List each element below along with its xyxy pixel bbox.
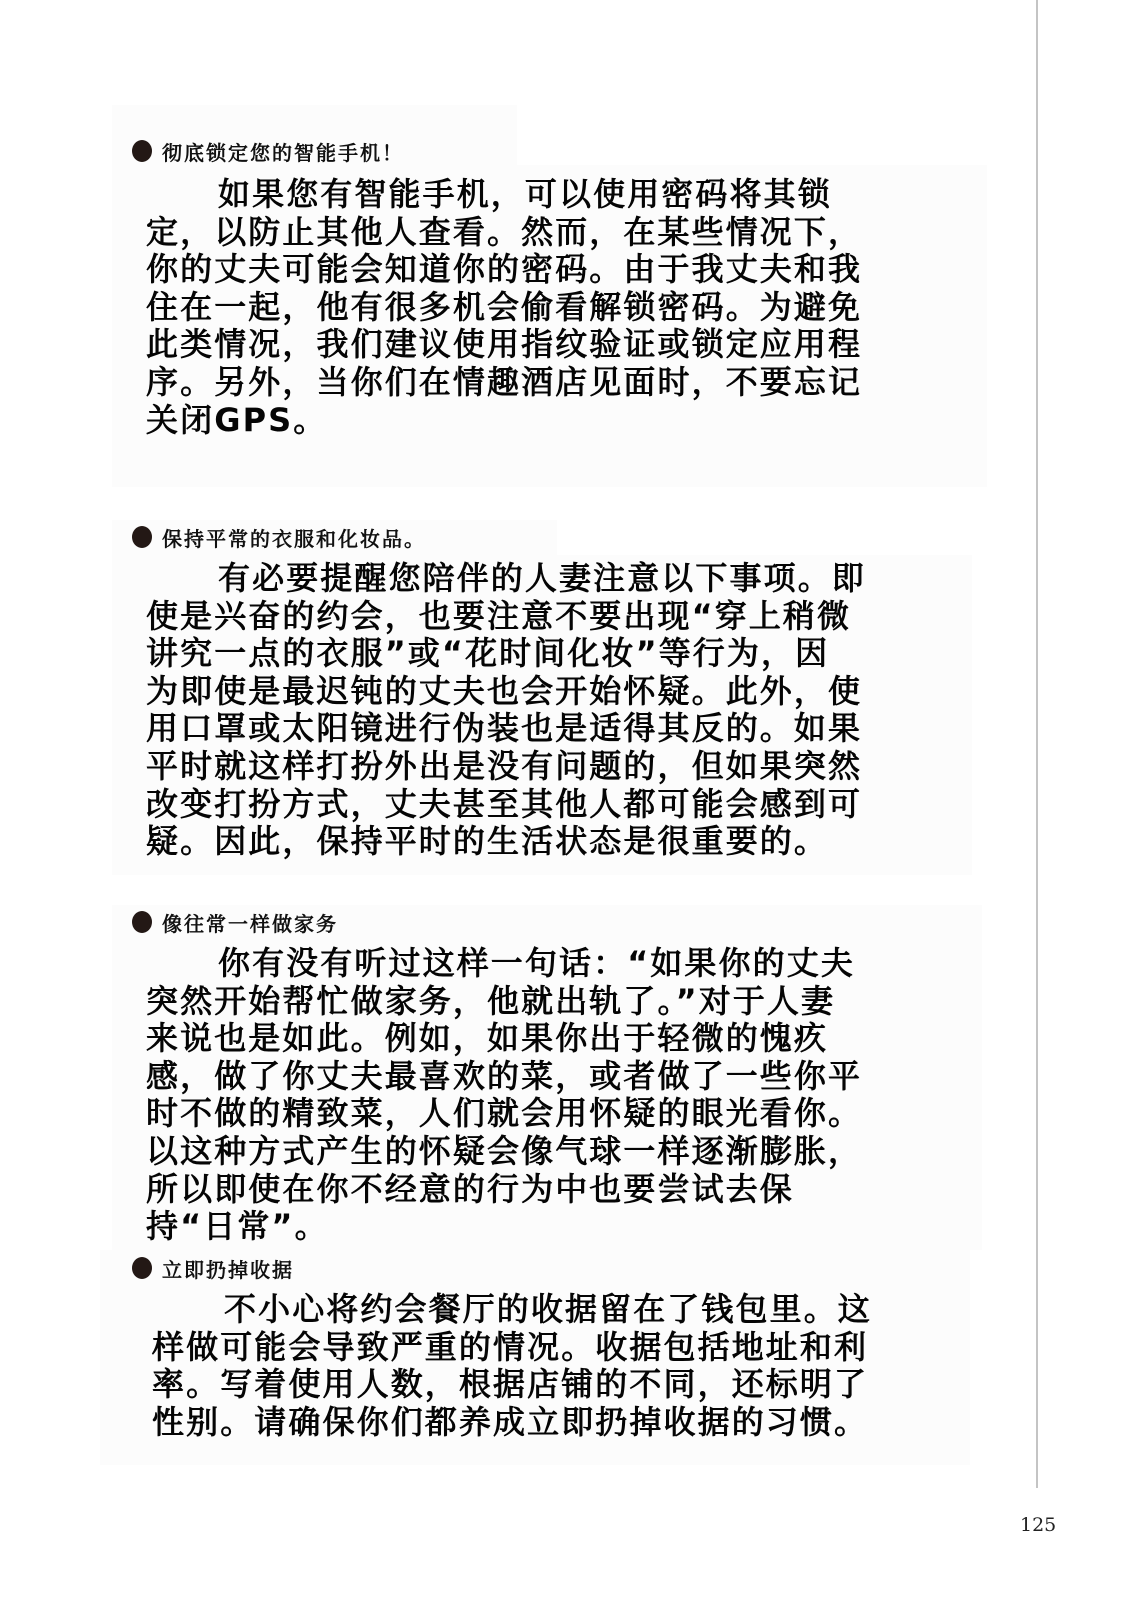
body-line: 使是兴奋的约会，也要注意不要出现“穿上稍微 <box>146 598 962 636</box>
body-line: 持“日常”。 <box>146 1208 962 1246</box>
bullet-icon <box>132 1257 152 1279</box>
section-body: 你有没有听过这样一句话：“如果你的丈夫 突然开始帮忙做家务，他就出轨了。”对于人… <box>146 945 962 1246</box>
body-line: 你的丈夫可能会知道你的密码。由于我丈夫和我 <box>146 251 962 289</box>
body-line: 改变打扮方式，丈夫甚至其他人都可能会感到可 <box>146 786 962 824</box>
section-heading: 像往常一样做家务 <box>132 907 962 937</box>
body-line: 来说也是如此。例如，如果你出于轻微的愧疚 <box>146 1020 962 1058</box>
body-line: 如果您有智能手机，可以使用密码将其锁 <box>146 176 962 214</box>
section-heading: 保持平常的衣服和化妆品。 <box>132 522 962 552</box>
body-line: 不小心将约会餐厅的收据留在了钱包里。这 <box>152 1291 962 1329</box>
section-heading-text: 像往常一样做家务 <box>162 908 338 937</box>
section-heading-text: 保持平常的衣服和化妆品。 <box>162 523 426 552</box>
body-line: 此类情况，我们建议使用指纹验证或锁定应用程 <box>146 326 962 364</box>
section-body: 有必要提醒您陪伴的人妻注意以下事项。即 使是兴奋的约会，也要注意不要出现“穿上稍… <box>146 560 962 861</box>
section-housework-as-usual: 像往常一样做家务 你有没有听过这样一句话：“如果你的丈夫 突然开始帮忙做家务，他… <box>132 907 962 1246</box>
body-line: 率。写着使用人数，根据店铺的不同，还标明了 <box>152 1366 962 1404</box>
section-body: 不小心将约会餐厅的收据留在了钱包里。这 样做可能会导致严重的情况。收据包括地址和… <box>152 1291 962 1441</box>
body-line: 以这种方式产生的怀疑会像气球一样逐渐膨胀， <box>146 1133 962 1171</box>
section-heading: 彻底锁定您的智能手机！ <box>132 136 962 166</box>
body-line: 为即使是最迟钝的丈夫也会开始怀疑。此外，使 <box>146 673 962 711</box>
body-line: 感，做了你丈夫最喜欢的菜，或者做了一些你平 <box>146 1058 962 1096</box>
body-line: 突然开始帮忙做家务，他就出轨了。”对于人妻 <box>146 983 962 1021</box>
section-body: 如果您有智能手机，可以使用密码将其锁 定，以防止其他人查看。然而，在某些情况下，… <box>146 176 962 439</box>
page-margin-rule <box>1036 0 1038 1488</box>
body-line: 你有没有听过这样一句话：“如果你的丈夫 <box>146 945 962 983</box>
section-lock-smartphone: 彻底锁定您的智能手机！ 如果您有智能手机，可以使用密码将其锁 定，以防止其他人查… <box>132 136 962 439</box>
body-line: 疑。因此，保持平时的生活状态是很重要的。 <box>146 823 962 861</box>
bullet-icon <box>132 911 152 933</box>
body-line: 平时就这样打扮外出是没有问题的，但如果突然 <box>146 748 962 786</box>
body-line: 关闭GPS。 <box>146 402 962 440</box>
body-line: 用口罩或太阳镜进行伪装也是适得其反的。如果 <box>146 710 962 748</box>
body-line: 序。另外，当你们在情趣酒店见面时，不要忘记 <box>146 364 962 402</box>
section-normal-clothes-makeup: 保持平常的衣服和化妆品。 有必要提醒您陪伴的人妻注意以下事项。即 使是兴奋的约会… <box>132 522 962 861</box>
section-discard-receipts: 立即扔掉收据 不小心将约会餐厅的收据留在了钱包里。这 样做可能会导致严重的情况。… <box>132 1253 962 1441</box>
body-line: 定，以防止其他人查看。然而，在某些情况下， <box>146 214 962 252</box>
body-line: 住在一起，他有很多机会偷看解锁密码。为避免 <box>146 289 962 327</box>
section-heading: 立即扔掉收据 <box>132 1253 962 1283</box>
bullet-icon <box>132 140 152 162</box>
body-line: 所以即使在你不经意的行为中也要尝试去保 <box>146 1171 962 1209</box>
body-line: 讲究一点的衣服”或“花时间化妆”等行为，因 <box>146 635 962 673</box>
section-heading-text: 彻底锁定您的智能手机！ <box>162 137 404 166</box>
body-line: 样做可能会导致严重的情况。收据包括地址和利 <box>152 1329 962 1367</box>
bullet-icon <box>132 526 152 548</box>
section-heading-text: 立即扔掉收据 <box>162 1254 294 1283</box>
page-number: 125 <box>1020 1514 1056 1536</box>
body-line: 有必要提醒您陪伴的人妻注意以下事项。即 <box>146 560 962 598</box>
body-line: 时不做的精致菜，人们就会用怀疑的眼光看你。 <box>146 1095 962 1133</box>
body-line: 性别。请确保你们都养成立即扔掉收据的习惯。 <box>152 1404 962 1442</box>
